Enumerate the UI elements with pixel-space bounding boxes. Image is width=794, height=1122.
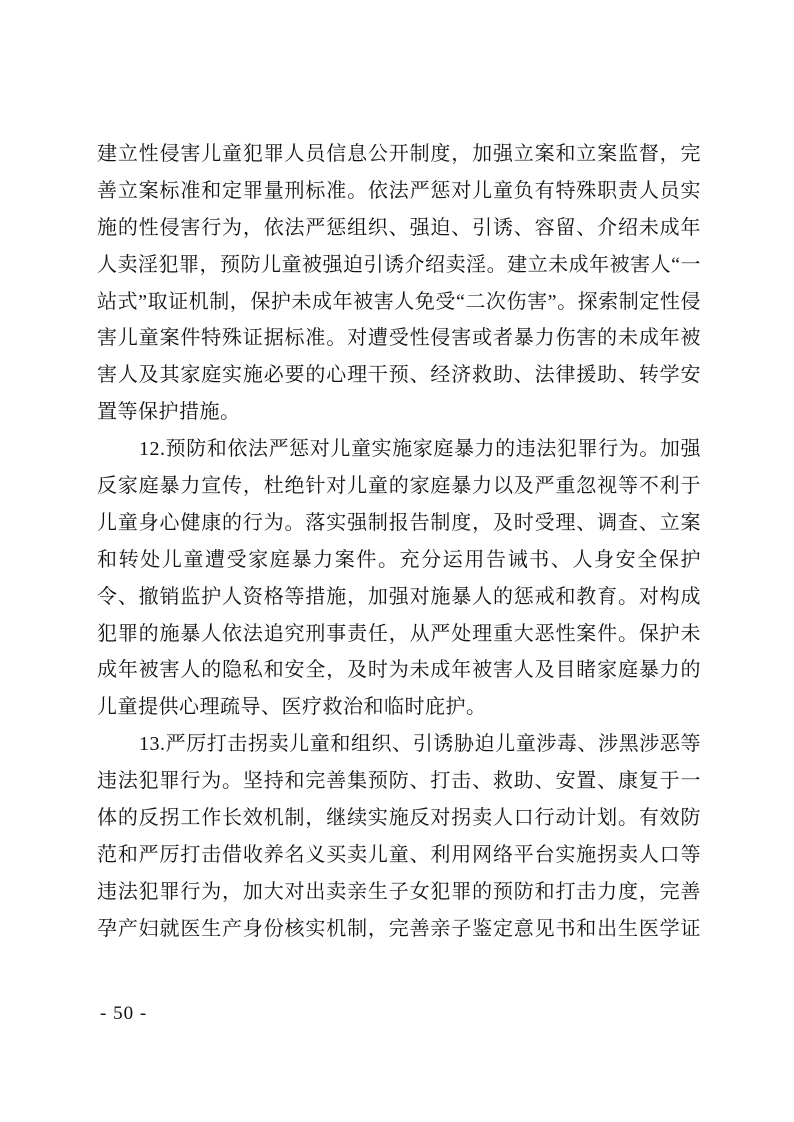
text-line: 站式”取证机制，保护未成年被害人免受“二次伤害”。探索制定性侵 [97,284,701,321]
text-line: 和转处儿童遭受家庭暴力案件。充分运用告诫书、人身安全保护 [97,542,701,579]
text-line: 害人及其家庭实施必要的心理干预、经济救助、法律援助、转学安 [97,357,701,394]
text-line: 体的反拐工作长效机制，继续实施反对拐卖人口行动计划。有效防 [97,800,701,837]
text-line: 范和严厉打击借收养名义买卖儿童、利用网络平台实施拐卖人口等 [97,837,701,874]
paragraph: 建立性侵害儿童犯罪人员信息公开制度，加强立案和立案监督，完善立案标准和定罪量刑标… [97,136,701,431]
text-line: 儿童提供心理疏导、医疗救治和临时庇护。 [97,689,701,726]
page-number: - 50 - [100,1002,147,1026]
text-line: 孕产妇就医生产身份核实机制，完善亲子鉴定意见书和出生医学证 [97,911,701,948]
text-line: 儿童身心健康的行为。落实强制报告制度，及时受理、调查、立案 [97,505,701,542]
text-line: 违法犯罪行为。坚持和完善集预防、打击、救助、安置、康复于一 [97,763,701,800]
paragraph: 13.严厉打击拐卖儿童和组织、引诱胁迫儿童涉毒、涉黑涉恶等违法犯罪行为。坚持和完… [97,726,701,947]
text-line: 违法犯罪行为，加大对出卖亲生子女犯罪的预防和打击力度，完善 [97,874,701,911]
document-body: 建立性侵害儿童犯罪人员信息公开制度，加强立案和立案监督，完善立案标准和定罪量刑标… [97,136,701,948]
paragraph: 12.预防和依法严惩对儿童实施家庭暴力的违法犯罪行为。加强反家庭暴力宣传，杜绝针… [97,431,701,726]
text-line: 置等保护措施。 [97,394,701,431]
text-line: 12.预防和依法严惩对儿童实施家庭暴力的违法犯罪行为。加强 [97,431,701,468]
text-line: 善立案标准和定罪量刑标准。依法严惩对儿童负有特殊职责人员实 [97,173,701,210]
text-line: 犯罪的施暴人依法追究刑事责任，从严处理重大恶性案件。保护未 [97,616,701,653]
text-line: 13.严厉打击拐卖儿童和组织、引诱胁迫儿童涉毒、涉黑涉恶等 [97,726,701,763]
text-line: 反家庭暴力宣传，杜绝针对儿童的家庭暴力以及严重忽视等不利于 [97,468,701,505]
text-line: 令、撤销监护人资格等措施，加强对施暴人的惩戒和教育。对构成 [97,579,701,616]
text-line: 建立性侵害儿童犯罪人员信息公开制度，加强立案和立案监督，完 [97,136,701,173]
text-line: 成年被害人的隐私和安全，及时为未成年被害人及目睹家庭暴力的 [97,652,701,689]
text-line: 人卖淫犯罪，预防儿童被强迫引诱介绍卖淫。建立未成年被害人“一 [97,247,701,284]
text-line: 害儿童案件特殊证据标准。对遭受性侵害或者暴力伤害的未成年被 [97,320,701,357]
text-line: 施的性侵害行为，依法严惩组织、强迫、引诱、容留、介绍未成年 [97,210,701,247]
document-page: 建立性侵害儿童犯罪人员信息公开制度，加强立案和立案监督，完善立案标准和定罪量刑标… [0,0,794,1122]
